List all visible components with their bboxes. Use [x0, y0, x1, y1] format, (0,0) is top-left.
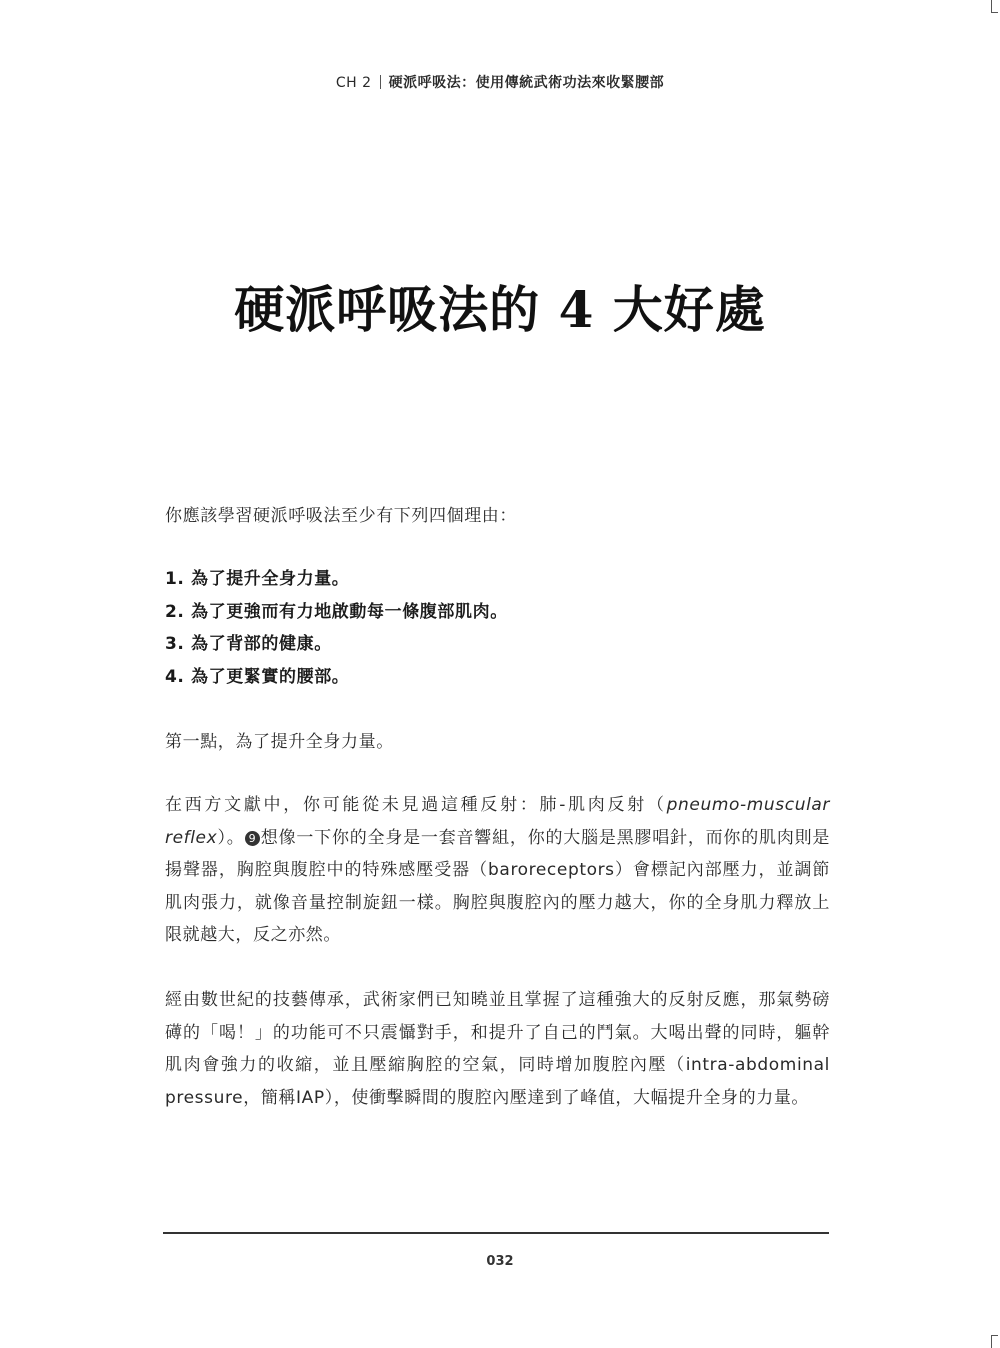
- crop-mark-bottom-right: [991, 1335, 998, 1348]
- footer-divider: [163, 1232, 829, 1234]
- point-heading: 第一點，為了提升全身力量。: [165, 726, 830, 759]
- reasons-list: 1. 為了提升全身力量。 2. 為了更強而有力地啟動每一條腹部肌肉。 3. 為了…: [165, 563, 830, 693]
- paragraph-reflex-text: 在西方文獻中，你可能從未見過這種反射：肺-肌肉反射（pneumo-muscula…: [165, 789, 830, 952]
- paragraph-reflex-part-b: ）。: [217, 828, 244, 848]
- paragraph-reflex-part-c: 想像一下你的全身是一套音響組，你的大腦是黑膠唱針，而你的肌肉則是揚聲器，胸腔與腹…: [165, 828, 830, 946]
- crop-mark-top-right: [991, 0, 998, 13]
- paragraph-martial-arts: 經由數世紀的技藝傳承，武術家們已知曉並且掌握了這種強大的反射反應，那氣勢磅礡的「…: [165, 984, 830, 1114]
- intro-text: 你應該學習硬派呼吸法至少有下列四個理由：: [165, 500, 830, 533]
- reason-item-2: 2. 為了更強而有力地啟動每一條腹部肌肉。: [165, 596, 830, 629]
- page-number: 032: [0, 1254, 1000, 1269]
- chapter-label: CH 2: [336, 75, 372, 91]
- reason-item-4: 4. 為了更緊實的腰部。: [165, 661, 830, 694]
- reason-item-3: 3. 為了背部的健康。: [165, 628, 830, 661]
- section-title: 硬派呼吸法的 4 大好處: [0, 270, 1000, 342]
- header-separator: [380, 75, 381, 89]
- paragraph-reflex: 在西方文獻中，你可能從未見過這種反射：肺-肌肉反射（pneumo-muscula…: [165, 789, 830, 952]
- reason-item-1: 1. 為了提升全身力量。: [165, 563, 830, 596]
- running-header: CH 2硬派呼吸法：使用傳統武術功法來收緊腰部: [0, 72, 1000, 92]
- paragraph-reflex-part-a: 在西方文獻中，你可能從未見過這種反射：肺-肌肉反射（: [165, 795, 667, 815]
- chapter-title-header: 硬派呼吸法：使用傳統武術功法來收緊腰部: [389, 75, 665, 91]
- paragraph-martial-arts-text: 經由數世紀的技藝傳承，武術家們已知曉並且掌握了這種強大的反射反應，那氣勢磅礡的「…: [165, 984, 830, 1114]
- footnote-ref-icon[interactable]: 9: [245, 831, 260, 846]
